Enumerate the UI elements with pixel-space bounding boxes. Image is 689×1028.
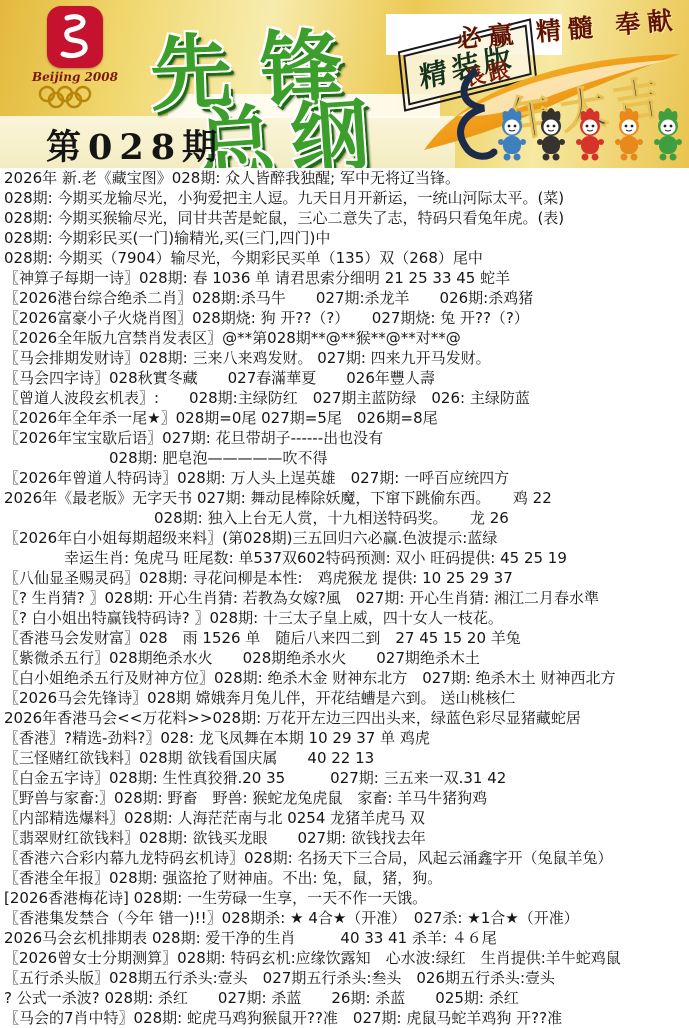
text-line: 〖曾道人波段玄机表〗: 028期:主绿防红 027期主蓝防绿 026: 主绿防蓝	[4, 388, 687, 408]
text-line: 028期: 今期买龙输尽光，小狗爱把主人逗。九天日月开新运，一统山河际太平。(菜…	[4, 188, 687, 208]
text-line: 028期: 独入上台无人赏，十九相送特码奖。 龙 26	[4, 508, 687, 528]
text-line: 〖马会排期发财诗〗028期: 三来八来鸡发财。 027期: 四来九开马发财。	[4, 348, 687, 368]
text-line: 028期: 肥皂泡—————吹不得	[4, 448, 687, 468]
text-line: 〖2026马会先锋诗〗028期 嫦娥奔月兔儿伴，开花结螬是六到。 送山桃核仁	[4, 688, 687, 708]
text-line: 〖2026全年版九宫禁肖发表区〗@**第028期**@**猴**@**对**@	[4, 328, 687, 348]
fuwa-jingjing-icon	[534, 106, 568, 166]
text-line: 〖野兽与家畜:〗028期: 野畜 野兽: 猴蛇龙兔虎鼠 家畜: 羊马牛猪狗鸡	[4, 788, 687, 808]
text-line: 2026年《最老版》无字天书 027期: 舞动昆棒除妖魔，下窜下跳偷东西。 鸡 …	[4, 488, 687, 508]
tip-sheet-page: Beijing 2008 先锋 总纲 第028期 精装版 必赢 精髓 奉献 長跟	[0, 0, 689, 1028]
text-line: 〖2026曾女士分期测算〗028期: 特码玄机:应缘饮露知 心水波:绿红 生肖提…	[4, 948, 687, 968]
beijing-2008-label: Beijing 2008	[20, 70, 130, 84]
text-line: 〖翡翠财红欲钱料〗028期: 欲钱买龙眼 027期: 欲钱找去年	[4, 828, 687, 848]
text-line: ? 公式一杀波? 028期: 杀红 027期: 杀蓝 26期: 杀蓝 025期:…	[4, 988, 687, 1008]
text-line: 〖2026年宝宝歇后语〗027期: 花旦带胡子------出也没有	[4, 428, 687, 448]
text-line: 2026年香港马会<<万花料>>028期: 万花开左边三四出头来，绿蓝色彩尽显猪…	[4, 708, 687, 728]
text-line: 幸运生肖: 兔虎马 旺尾数: 单537双602特码预测: 双小 旺码提供: 45…	[4, 548, 687, 568]
fuwa-nini-icon	[651, 106, 685, 166]
text-line: 028期: 今期买猴输尽光，同甘共苦是蛇鼠，三心二意失了志，特码只看兔年虎。(表…	[4, 208, 687, 228]
text-line: 〖2026年白小姐每期超级来料〗(第028期)三五回归六必赢.色波提示:蓝绿	[4, 528, 687, 548]
fuwa-yingying-icon	[612, 106, 646, 166]
tip-lines: 2026年 新.老《藏宝图》028期: 众人皆醉我独醒; 军中无将辽当锋。028…	[4, 168, 687, 1028]
dancing-figure-icon	[53, 12, 97, 62]
text-line: [2026香港梅花诗] 028期: 一生劳碌一生享，一天不作一天饿。	[4, 888, 687, 908]
text-line: 〖八仙显圣赐灵码〗028期: 寻花问柳是本性: 鸡虎猴龙 提供: 10 25 2…	[4, 568, 687, 588]
beijing-2008-emblem: Beijing 2008	[20, 6, 130, 113]
text-line: 〖三怪赌红欲钱料〗028期 欲钱看国庆属 40 22 13	[4, 748, 687, 768]
text-line: 〖2026富豪小子火烧肖图〗028期烧: 狗 开??（?） 027期烧: 兔 开…	[4, 308, 687, 328]
text-line: 〖五行杀头版〗028期五行杀头:壹头 027期五行杀头:叁头 026期五行杀头:…	[4, 968, 687, 988]
text-line: 〖? 白小姐出特赢钱特码诗? 〗028期: 十三太子皇上威，四十女人一枝花。	[4, 608, 687, 628]
text-line: 〖内部精选爆料〗028期: 人海茫茫南与北 0254 龙猪羊虎马 双	[4, 808, 687, 828]
text-line: 〖白金五字诗〗028期: 生性真狡猾.20 35 027期: 三五来一双.31 …	[4, 768, 687, 788]
text-line: 〖马会四字诗〗028秋實冬藏 027春滿華夏 026年豐人壽	[4, 368, 687, 388]
text-line: 〖2026年曾道人特码诗〗028期: 万人头上逞英雄 027期: 一呼百应统四方	[4, 468, 687, 488]
text-line: 〖香港全年报〗028期: 强盗抢了财神庙。不出: 兔，鼠，猪，狗。	[4, 868, 687, 888]
issue-number: 第028期	[46, 120, 224, 168]
text-line: 2026马会玄机排期表 028期: 爱干净的生肖 40 33 41 杀羊: ４６…	[4, 928, 687, 948]
text-line: 〖紫微杀五行〗028期绝杀水火 028期绝杀水火 027期绝杀木土	[4, 648, 687, 668]
fuwa-huanhuan-icon	[573, 106, 607, 166]
red-seal-icon	[47, 6, 103, 68]
text-line: 〖香港马会发财富〗028 雨 1526 单 随后八来四二到 27 45 15 2…	[4, 628, 687, 648]
text-line: 〖? 生肖猜? 〗028期: 开心生肖猜: 若教為女嫁?風 027期: 开心生肖…	[4, 588, 687, 608]
text-line: 〖马会的7肖中特〗028期: 蛇虎马鸡狗猴鼠开??准 027期: 虎鼠马蛇羊鸡狗…	[4, 1008, 687, 1028]
text-line: 〖香港集发禁合（今年 错一)!!〗028期杀: ★ 4合★（开准） 027杀: …	[4, 908, 687, 928]
text-line: 〖2026年全年杀一尾★〗028期=0尾 027期=5尾 026期=8尾	[4, 408, 687, 428]
text-line: 〖白小姐绝杀五行及财神方位〗028期: 绝杀木金 财神东北方 027期: 绝杀木…	[4, 668, 687, 688]
text-line: 〖香港〗?精选-劲料?〗028: 龙飞凤舞在本期 10 29 37 单 鸡虎	[4, 728, 687, 748]
text-line: 〖香港六合彩内幕九龙特码玄机诗〗028期: 名扬天下三合局，风起云涌鑫字开（兔鼠…	[4, 848, 687, 868]
fuwa-mascots	[495, 106, 685, 166]
olympic-rings-icon	[33, 85, 117, 109]
masthead: Beijing 2008 先锋 总纲 第028期 精装版 必赢 精髓 奉献 長跟	[0, 0, 689, 168]
fuwa-beibei-icon	[495, 106, 529, 166]
text-line: 〖神算子每期一诗〗028期: 春 1036 单 请君思索分细明 21 25 33…	[4, 268, 687, 288]
text-line: 028期: 今期买（7904）输尽光，今期彩民买单（135）双（268）尾中	[4, 248, 687, 268]
text-line: 2026年 新.老《藏宝图》028期: 众人皆醉我独醒; 军中无将辽当锋。	[4, 168, 687, 188]
text-line: 〖2026港台综合绝杀二肖〗028期:杀马牛 027期:杀龙羊 026期:杀鸡猪	[4, 288, 687, 308]
text-line: 028期: 今期彩民买(一门)输精光,买(三门,四门)中	[4, 228, 687, 248]
